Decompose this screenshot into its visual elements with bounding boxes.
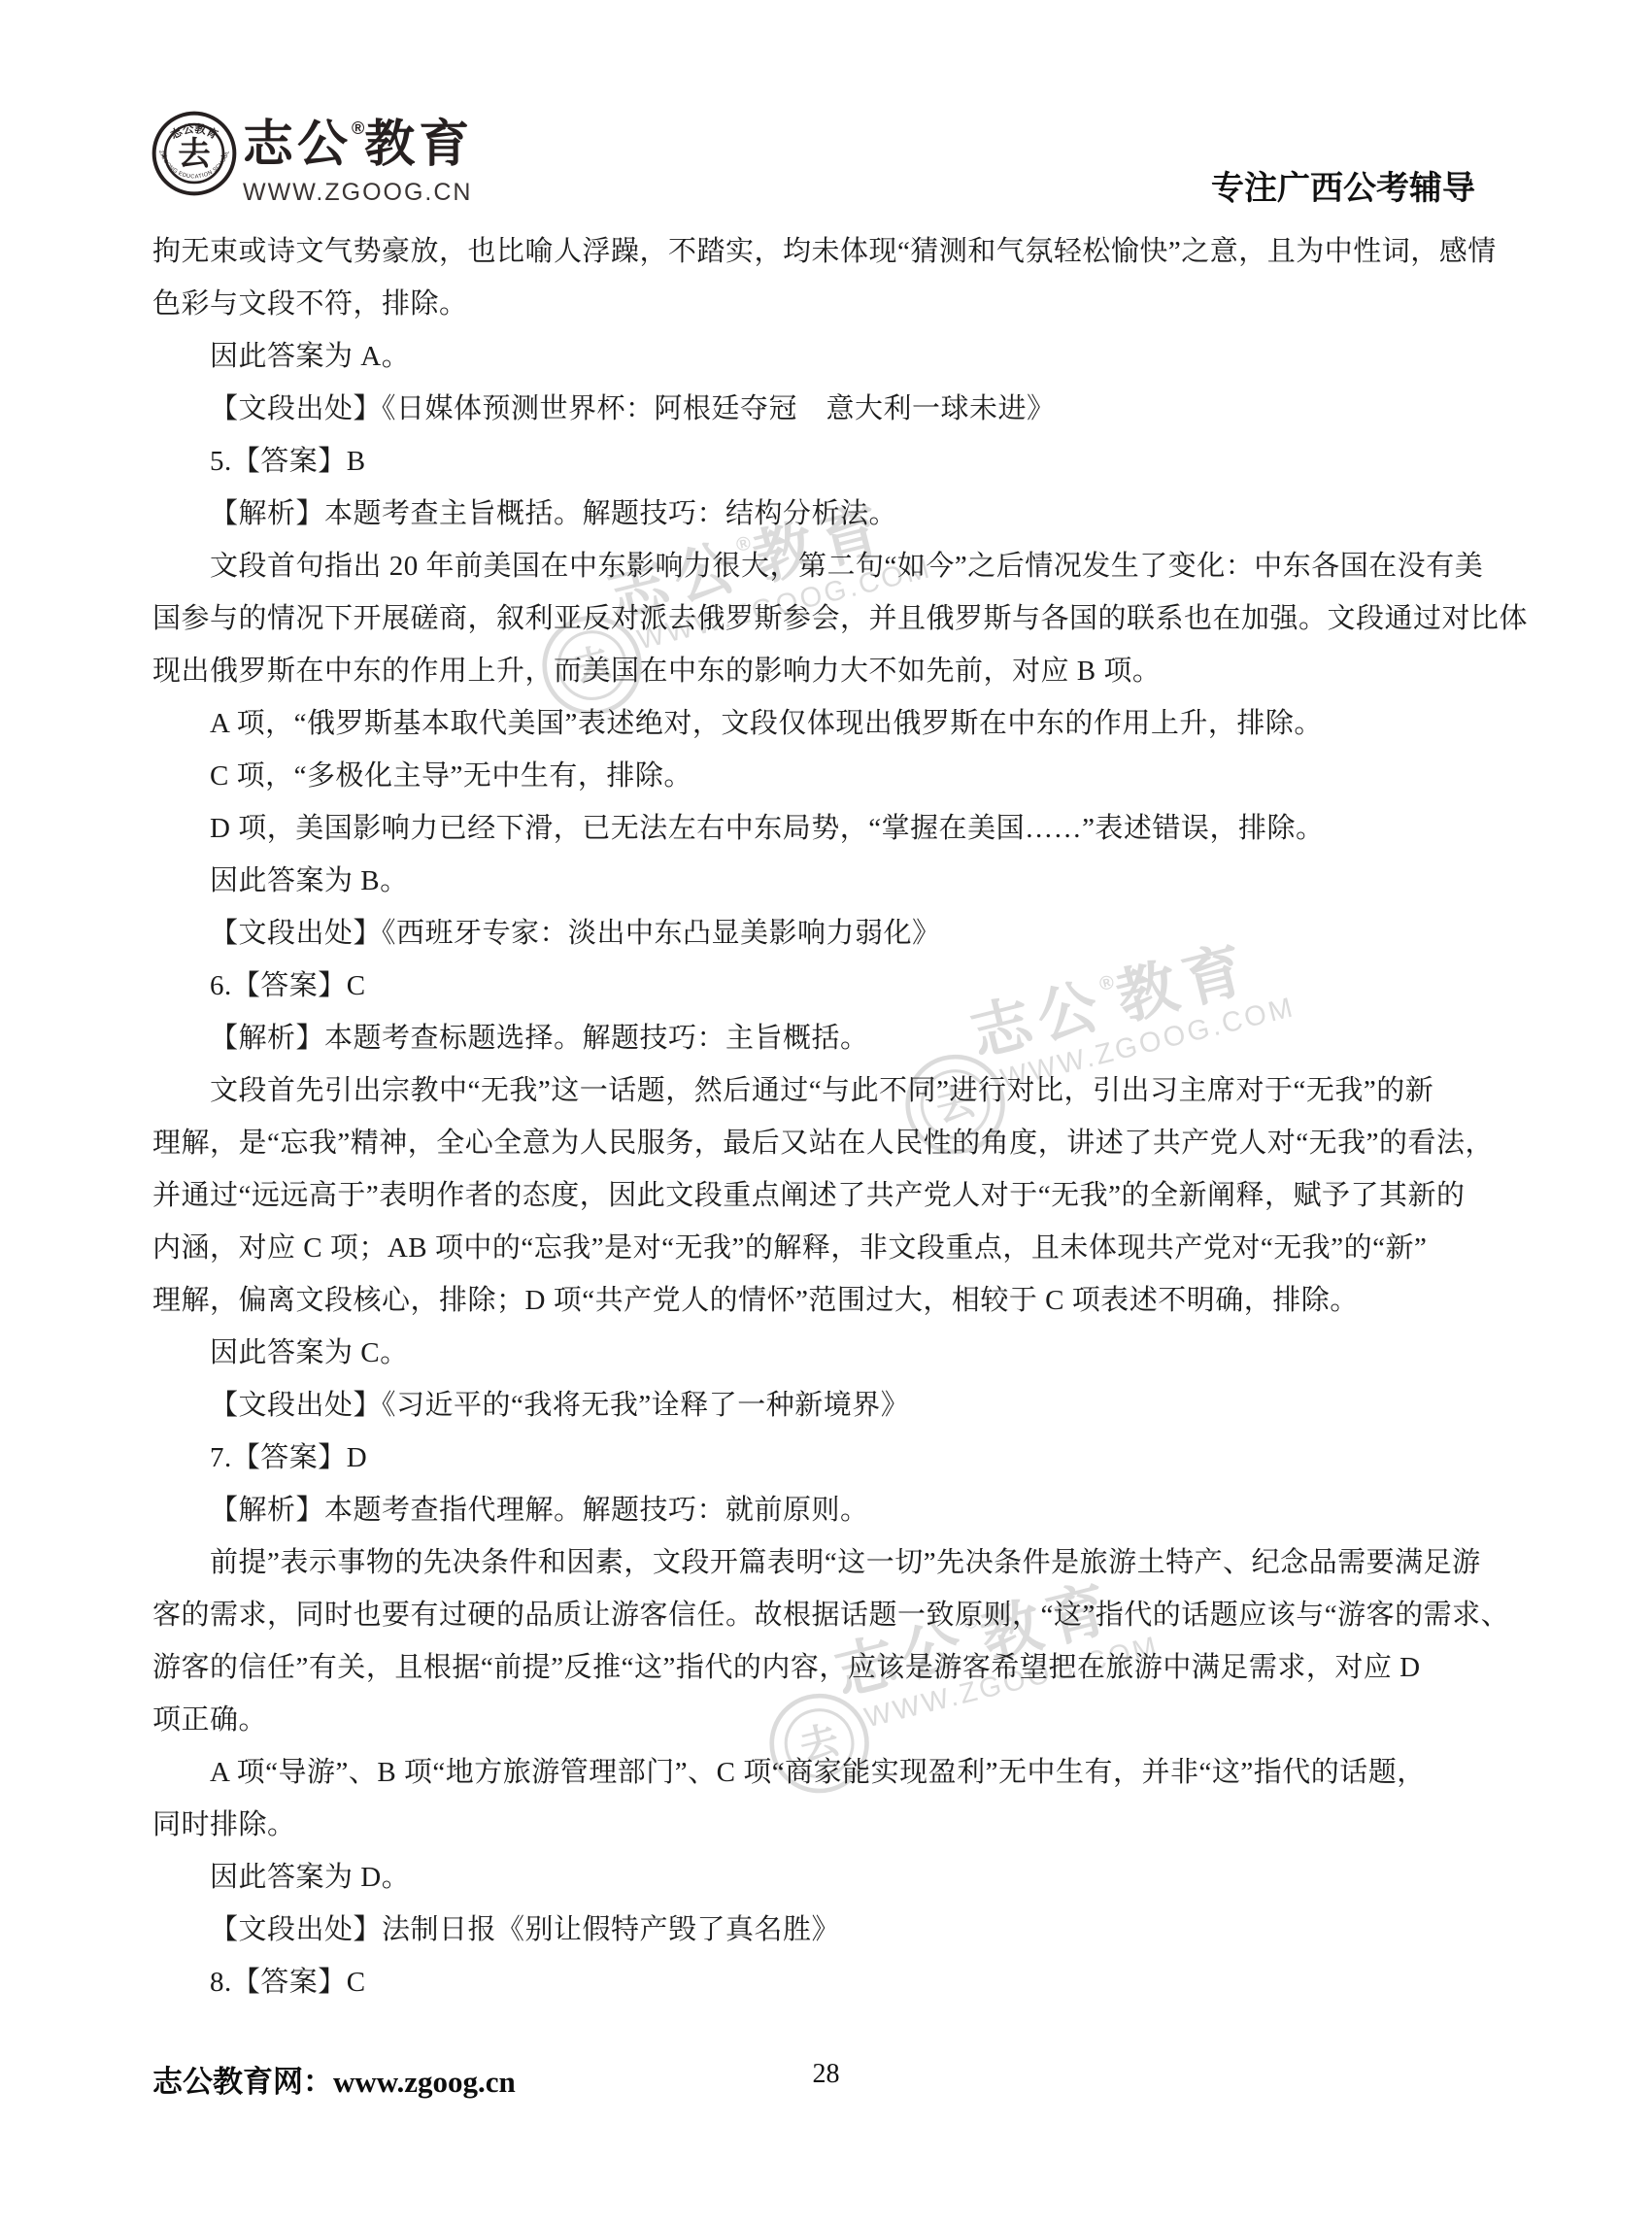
- text-line: 【文段出处】《习近平的“我将无我”诠释了一种新境界》: [152, 1379, 1522, 1432]
- seal-center-glyph: 去: [178, 136, 210, 172]
- text-line: 【文段出处】法制日报《别让假特产毁了真名胜》: [152, 1904, 1522, 1956]
- answer-explanations: 拘无束或诗文气势豪放，也比喻人浮躁，不踏实，均未体现“猜测和气氛轻松愉快”之意，…: [152, 225, 1522, 2008]
- text-line: 前提”表示事物的先决条件和因素，文段开篇表明“这一切”先决条件是旅游土特产、纪念…: [152, 1536, 1522, 1589]
- text-line: 因此答案为 A。: [152, 330, 1522, 383]
- seal-star-right: ★: [219, 152, 226, 160]
- text-line: 【解析】本题考查指代理解。解题技巧：就前原则。: [152, 1484, 1522, 1536]
- logo-name-left: 志公: [243, 117, 352, 173]
- text-line: A 项“导游”、B 项“地方旅游管理部门”、C 项“商家能实现盈利”无中生有，并…: [152, 1746, 1522, 1799]
- text-line: 7.【答案】D: [152, 1432, 1522, 1484]
- logo-url: WWW.ZGOOG.CN: [243, 179, 473, 207]
- text-line: C 项，“多极化主导”无中生有，排除。: [152, 750, 1522, 802]
- text-line: 理解，是“忘我”精神，全心全意为人民服务，最后又站在人民性的角度，讲述了共产党人…: [152, 1117, 1522, 1169]
- page-number: 28: [0, 2059, 1652, 2090]
- document-page: 志公教育 ZHIGONG EDUCATION SCHOOL ★ ★ 去 志公®教…: [0, 0, 1652, 2225]
- text-line: 色彩与文段不符，排除。: [152, 278, 1522, 330]
- text-line: D 项，美国影响力已经下滑，已无法左右中东局势，“掌握在美国……”表述错误，排除…: [152, 802, 1522, 855]
- text-line: 内涵，对应 C 项；AB 项中的“忘我”是对“无我”的解释，非文段重点，且未体现…: [152, 1222, 1522, 1274]
- text-line: 6.【答案】C: [152, 960, 1522, 1012]
- text-line: 因此答案为 C。: [152, 1327, 1522, 1379]
- text-line: 【解析】本题考查主旨概括。解题技巧：结构分析法。: [152, 488, 1522, 540]
- text-line: 因此答案为 B。: [152, 855, 1522, 907]
- text-line: 拘无束或诗文气势豪放，也比喻人浮躁，不踏实，均未体现“猜测和气氛轻松愉快”之意，…: [152, 225, 1522, 278]
- text-line: 8.【答案】C: [152, 1956, 1522, 2008]
- text-line: 【文段出处】《日媒体预测世界杯：阿根廷夺冠 意大利一球未进》: [152, 383, 1522, 435]
- zhigong-logo-seal-icon: 志公教育 ZHIGONG EDUCATION SCHOOL ★ ★ 去: [152, 111, 237, 196]
- text-line: 【解析】本题考查标题选择。解题技巧：主旨概括。: [152, 1012, 1522, 1064]
- text-line: 文段首句指出 20 年前美国在中东影响力很大，第二句“如今”之后情况发生了变化：…: [152, 540, 1522, 592]
- text-line: 【文段出处】《西班牙专家：淡出中东凸显美影响力弱化》: [152, 907, 1522, 960]
- text-line: 项正确。: [152, 1694, 1522, 1746]
- text-line: 国参与的情况下开展磋商，叙利亚反对派去俄罗斯参会，并且俄罗斯与各国的联系也在加强…: [152, 592, 1522, 645]
- text-line: 理解，偏离文段核心，排除；D 项“共产党人的情怀”范围过大，相较于 C 项表述不…: [152, 1274, 1522, 1327]
- text-line: 游客的信任”有关，且根据“前提”反推“这”指代的内容，应该是游客希望把在旅游中满…: [152, 1641, 1522, 1694]
- text-line: 5.【答案】B: [152, 435, 1522, 488]
- logo-text-block: 志公®教育 WWW.ZGOOG.CN: [243, 118, 473, 207]
- logo-name-right: 教育: [364, 117, 473, 173]
- text-line: 现出俄罗斯在中东的作用上升，而美国在中东的影响力大不如先前，对应 B 项。: [152, 645, 1522, 697]
- text-line: 同时排除。: [152, 1799, 1522, 1851]
- text-line: 文段首先引出宗教中“无我”这一话题，然后通过“与此不同”进行对比，引出习主席对于…: [152, 1064, 1522, 1117]
- registered-mark-icon: ®: [352, 118, 364, 138]
- seal-star-left: ★: [161, 152, 168, 160]
- text-line: 并通过“远远高于”表明作者的态度，因此文段重点阐述了共产党人对于“无我”的全新阐…: [152, 1169, 1522, 1222]
- header-tagline: 专注广西公考辅导: [1211, 161, 1475, 209]
- logo-name: 志公®教育: [243, 118, 473, 172]
- text-line: A 项，“俄罗斯基本取代美国”表述绝对，文段仅体现出俄罗斯在中东的作用上升，排除…: [152, 697, 1522, 750]
- text-line: 客的需求，同时也要有过硬的品质让游客信任。故根据话题一致原则，“这”指代的话题应…: [152, 1589, 1522, 1641]
- text-line: 因此答案为 D。: [152, 1851, 1522, 1904]
